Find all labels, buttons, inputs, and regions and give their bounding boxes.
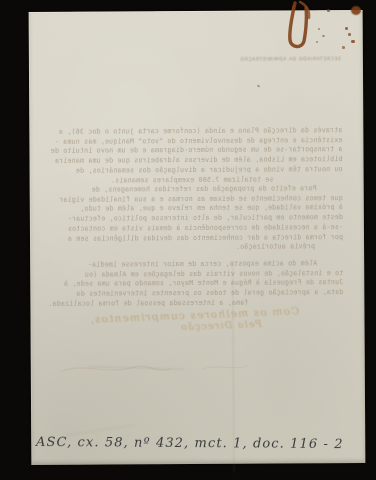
typed-paragraph: Além do acima exposto, cerca de maior in… <box>42 259 343 309</box>
typed-paragraph: Para efeito da propagação das referidas … <box>42 184 343 254</box>
rust-speck <box>318 28 320 30</box>
typed-line: ou noutra têm vindo a prejudicar a divul… <box>42 165 343 177</box>
archival-reference-label: ASC, cx. 58, nº 432, mct. 1, doc. 116 - … <box>36 435 326 452</box>
rust-speck <box>348 33 351 36</box>
crease-line <box>65 425 134 436</box>
typed-line: prévia autorização. <box>42 242 315 253</box>
rust-speck <box>345 27 348 30</box>
scan-background: { "scan": { "background_color": "#0b0907… <box>0 0 376 480</box>
document-page: SECRETARIADO DA ADMINISTRAÇÃO através da… <box>29 10 366 465</box>
rust-speck <box>342 46 345 49</box>
signature-bleedthrough: Com os melhores cumprimentos, Pela Direc… <box>64 306 300 338</box>
rust-speck <box>351 40 355 43</box>
typed-paragraph: através da direcção Plano e ainda (confo… <box>41 126 342 186</box>
rust-speck <box>316 41 318 43</box>
rust-speck <box>327 9 330 12</box>
rust-speck <box>322 35 325 37</box>
signature-flourish <box>53 347 263 382</box>
paperclip-rust-stain <box>278 0 328 58</box>
rust-corner-stain <box>351 6 361 15</box>
